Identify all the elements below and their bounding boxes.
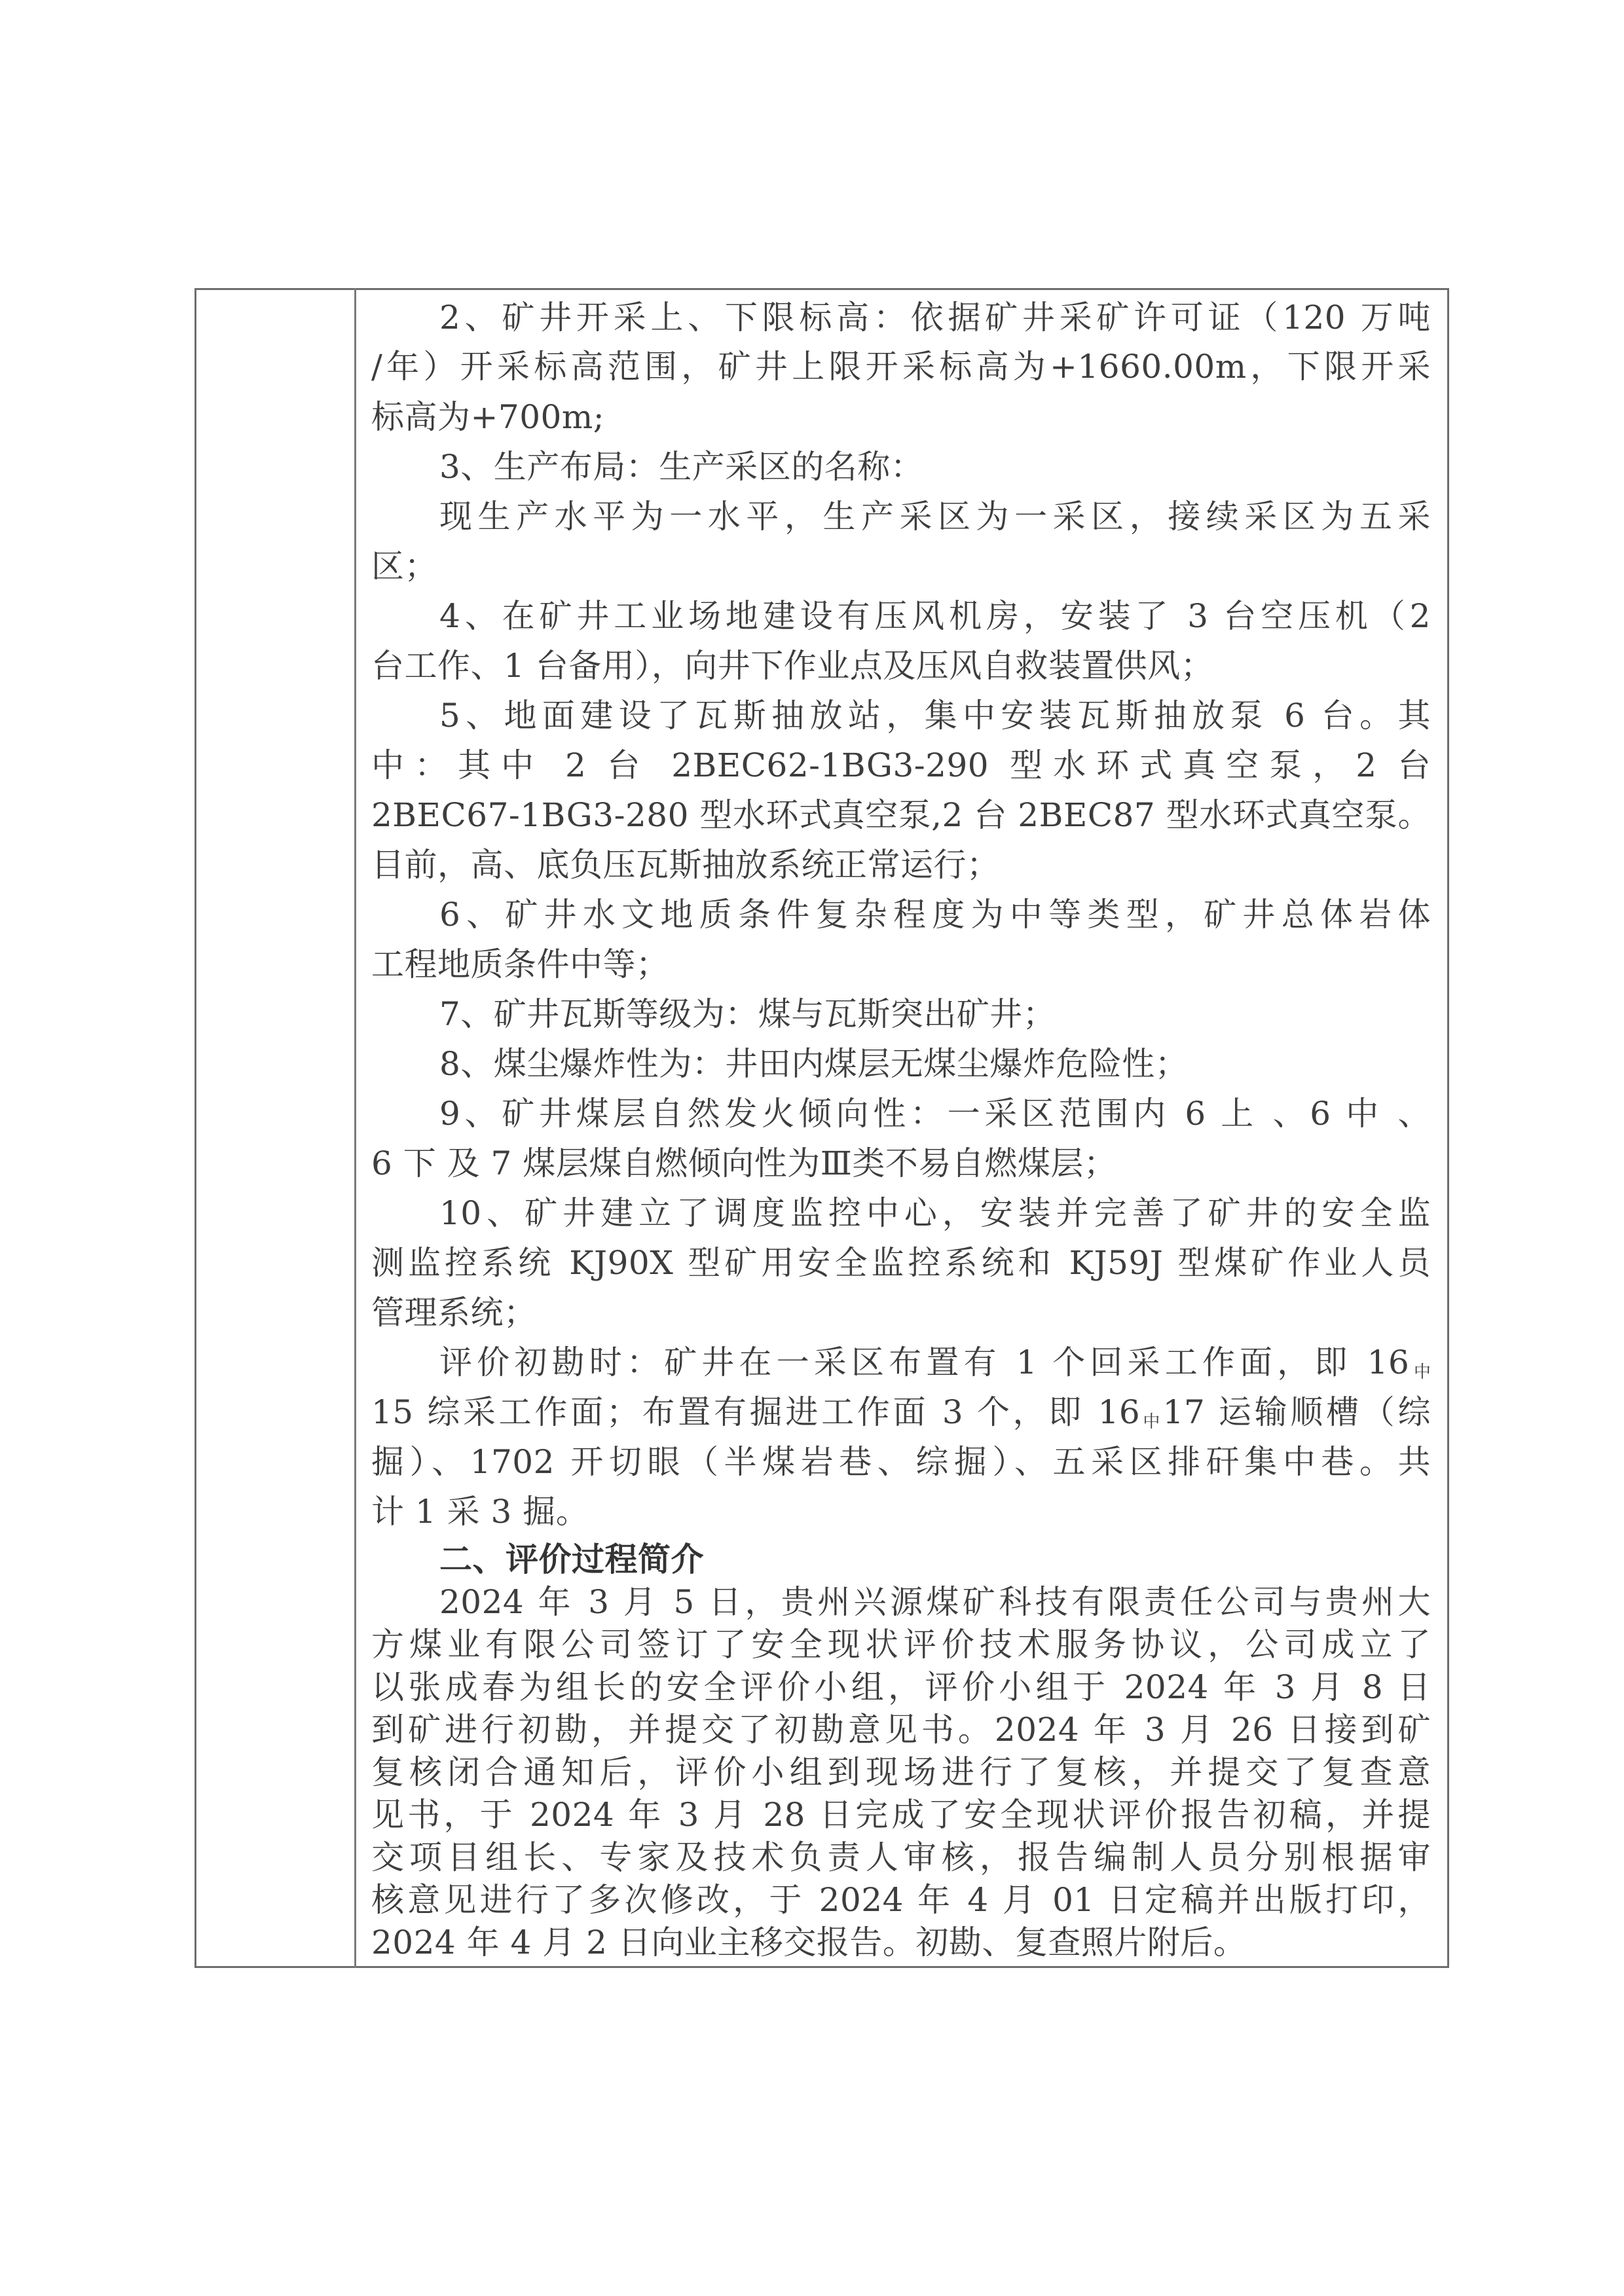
text-segment: 区；: [371, 547, 437, 585]
text-line: 到矿进行初勘，并提交了初勘意见书。2024 年 3 月 26 日接到矿: [371, 1710, 1431, 1749]
text-segment: 2024 年 3 月 5 日，贵州兴源煤矿科技有限责任公司与贵州大: [439, 1583, 1431, 1621]
text-segment: 2、矿井开采上、下限标高：依据矿井采矿许可证（120 万吨: [439, 299, 1431, 337]
subscript-text: 中: [1409, 1362, 1431, 1382]
text-line: 中：其中 2 台 2BEC62-1BG3-290 型水环式真空泵，2 台: [371, 746, 1431, 785]
subscript-text: 中: [1140, 1412, 1162, 1432]
text-line: 核意见进行了多次修改，于 2024 年 4 月 01 日定稿并出版打印，: [371, 1880, 1431, 1920]
text-segment: 中：其中 2 台 2BEC62-1BG3-290 型水环式真空泵，2 台: [371, 746, 1431, 784]
text-line: 4、在矿井工业场地建设有压风机房，安装了 3 台空压机（2: [371, 596, 1431, 636]
text-line: 计 1 采 3 掘。: [371, 1492, 1431, 1531]
text-segment: 掘）、1702 开切眼（半煤岩巷、综掘）、五采区排矸集中巷。共: [371, 1443, 1431, 1481]
text-line: 管理系统；: [371, 1293, 1431, 1332]
text-line: 台工作、1 台备用），向井下作业点及压风自救装置供风；: [371, 646, 1431, 685]
text-line: 9、矿井煤层自然发火倾向性：一采区范围内 6 上 、6 中 、: [371, 1094, 1431, 1133]
text-segment: 评价初勘时：矿井在一采区布置有 1 个回采工作面，即 16: [439, 1343, 1409, 1381]
text-segment: 以张成春为组长的安全评价小组，评价小组于 2024 年 3 月 8 日: [371, 1668, 1431, 1706]
text-line: 以张成春为组长的安全评价小组，评价小组于 2024 年 3 月 8 日: [371, 1667, 1431, 1707]
text-segment: 4、在矿井工业场地建设有压风机房，安装了 3 台空压机（2: [439, 597, 1431, 635]
text-line: 8、煤尘爆炸性为：井田内煤层无煤尘爆炸危险性；: [371, 1044, 1431, 1084]
text-line: /年）开采标高范围，矿井上限开采标高为+1660.00m，下限开采: [371, 347, 1431, 386]
text-segment: 2024 年 4 月 2 日向业主移交报告。初勘、复查照片附后。: [371, 1923, 1246, 1961]
text-line: 标高为+700m;: [371, 397, 1431, 437]
text-line: 区；: [371, 547, 1431, 586]
text-segment: 现生产水平为一水平，生产采区为一采区，接续采区为五采: [439, 498, 1431, 536]
table-left-cell: [196, 290, 354, 1966]
text-segment: 8、煤尘爆炸性为：井田内煤层无煤尘爆炸危险性；: [439, 1045, 1188, 1083]
text-line: 掘）、1702 开切眼（半煤岩巷、综掘）、五采区排矸集中巷。共: [371, 1442, 1431, 1482]
text-segment: 标高为+700m;: [371, 398, 604, 436]
text-segment: 2BEC67-1BG3-280 型水环式真空泵,2 台 2BEC87 型水环式真…: [371, 796, 1431, 834]
text-segment: 15 综采工作面；布置有掘进工作面 3 个，即 16: [371, 1393, 1140, 1431]
text-segment: 台工作、1 台备用），向井下作业点及压风自救装置供风；: [371, 647, 1213, 685]
text-line: 交项目组长、专家及技术负责人审核，报告编制人员分别根据审: [371, 1838, 1431, 1877]
text-line: 2、矿井开采上、下限标高：依据矿井采矿许可证（120 万吨: [371, 298, 1431, 337]
text-segment: 9、矿井煤层自然发火倾向性：一采区范围内 6 上 、6 中 、: [439, 1095, 1431, 1133]
text-segment: 二、评价过程简介: [439, 1540, 704, 1578]
text-line: 评价初勘时：矿井在一采区布置有 1 个回采工作面，即 16中: [371, 1343, 1431, 1382]
text-segment: 6 下 及 7 煤层煤自燃倾向性为Ⅲ类不易自燃煤层；: [371, 1144, 1116, 1182]
text-line: 5、地面建设了瓦斯抽放站，集中安装瓦斯抽放泵 6 台。其: [371, 696, 1431, 735]
text-line: 方煤业有限公司签订了安全现状评价技术服务协议，公司成立了: [371, 1625, 1431, 1664]
text-line: 2BEC67-1BG3-280 型水环式真空泵,2 台 2BEC87 型水环式真…: [371, 795, 1431, 835]
text-line: 复核闭合通知后，评价小组到现场进行了复核，并提交了复查意: [371, 1753, 1431, 1792]
text-segment: 到矿进行初勘，并提交了初勘意见书。2024 年 3 月 26 日接到矿: [371, 1711, 1431, 1749]
text-line: 7、矿井瓦斯等级为：煤与瓦斯突出矿井；: [371, 994, 1431, 1034]
text-segment: /年）开采标高范围，矿井上限开采标高为+1660.00m，下限开采: [371, 348, 1431, 386]
text-segment: 复核闭合通知后，评价小组到现场进行了复核，并提交了复查意: [371, 1753, 1431, 1791]
text-segment: 方煤业有限公司签订了安全现状评价技术服务协议，公司成立了: [371, 1626, 1431, 1664]
text-segment: 计 1 采 3 掘。: [371, 1493, 589, 1531]
text-segment: 目前，高、底负压瓦斯抽放系统正常运行；: [371, 846, 1000, 884]
text-line: 6 下 及 7 煤层煤自燃倾向性为Ⅲ类不易自燃煤层；: [371, 1144, 1431, 1183]
text-line: 测监控系统 KJ90X 型矿用安全监控系统和 KJ59J 型煤矿作业人员: [371, 1243, 1431, 1283]
text-line: 2024 年 4 月 2 日向业主移交报告。初勘、复查照片附后。: [371, 1923, 1431, 1962]
text-segment: 7、矿井瓦斯等级为：煤与瓦斯突出矿井；: [439, 995, 1056, 1033]
text-segment: 10、矿井建立了调度监控中心，安装并完善了矿井的安全监: [439, 1194, 1431, 1232]
text-segment: 6、矿井水文地质条件复杂程度为中等类型，矿井总体岩体: [439, 896, 1431, 934]
text-line: 2024 年 3 月 5 日，贵州兴源煤矿科技有限责任公司与贵州大: [371, 1582, 1431, 1622]
text-line: 目前，高、底负压瓦斯抽放系统正常运行；: [371, 845, 1431, 884]
text-line: 6、矿井水文地质条件复杂程度为中等类型，矿井总体岩体: [371, 895, 1431, 934]
text-segment: 见书，于 2024 年 3 月 28 日完成了安全现状评价报告初稿，并提: [371, 1796, 1431, 1834]
text-line: 15 综采工作面；布置有掘进工作面 3 个，即 16中17 运输顺槽（综: [371, 1393, 1431, 1432]
text-segment: 测监控系统 KJ90X 型矿用安全监控系统和 KJ59J 型煤矿作业人员: [371, 1244, 1431, 1282]
text-segment: 3、生产布局：生产采区的名称：: [439, 448, 923, 486]
text-line: 10、矿井建立了调度监控中心，安装并完善了矿井的安全监: [371, 1194, 1431, 1233]
text-line: 现生产水平为一水平，生产采区为一采区，接续采区为五采: [371, 497, 1431, 536]
text-segment: 核意见进行了多次修改，于 2024 年 4 月 01 日定稿并出版打印，: [371, 1881, 1431, 1919]
table-column-divider: [354, 288, 356, 1968]
text-line: 工程地质条件中等；: [371, 945, 1431, 984]
text-segment: 工程地质条件中等；: [371, 945, 669, 983]
text-segment: 交项目组长、专家及技术负责人审核，报告编制人员分别根据审: [371, 1838, 1431, 1876]
text-line: 3、生产布局：生产采区的名称：: [371, 447, 1431, 486]
text-segment: 5、地面建设了瓦斯抽放站，集中安装瓦斯抽放泵 6 台。其: [439, 697, 1431, 735]
document-page: 2、矿井开采上、下限标高：依据矿井采矿许可证（120 万吨/年）开采标高范围，矿…: [0, 0, 1624, 2296]
text-segment: 管理系统；: [371, 1294, 537, 1332]
text-segment: 17 运输顺槽（综: [1163, 1393, 1431, 1431]
text-line: 见书，于 2024 年 3 月 28 日完成了安全现状评价报告初稿，并提: [371, 1795, 1431, 1834]
section-heading: 二、评价过程简介: [371, 1540, 1431, 1579]
